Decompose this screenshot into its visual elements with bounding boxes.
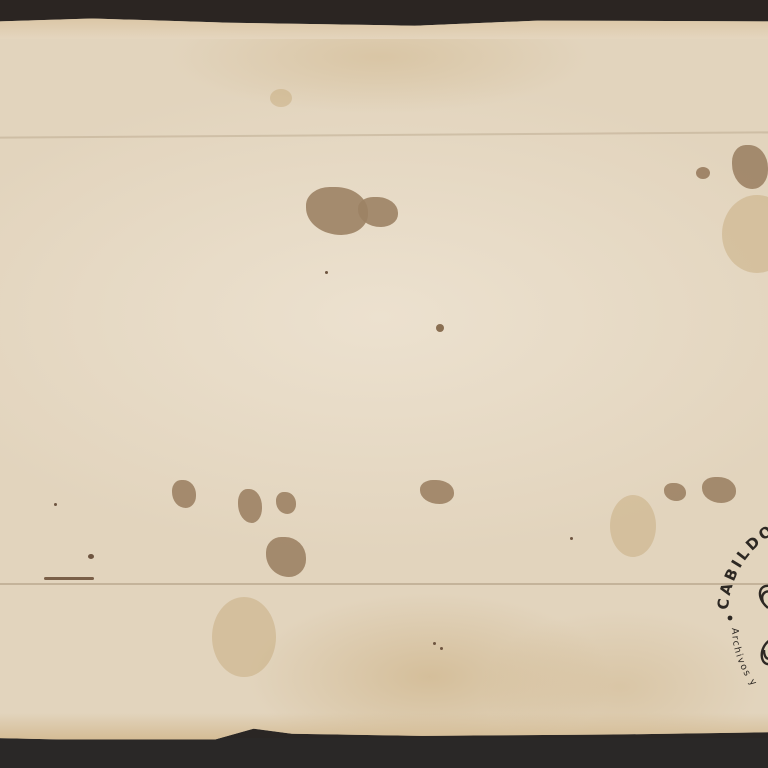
water-stain-top [270,89,292,107]
speck [436,324,444,332]
insect-damage-right-1 [664,483,686,501]
speck [88,554,94,559]
dark-backdrop-bottom [0,738,768,768]
insect-damage-right-edge [732,145,768,189]
dark-backdrop-top [0,0,768,20]
insect-damage-mid [420,480,454,504]
fold-crease-upper [0,131,768,138]
water-stain-right-edge [722,195,768,273]
water-stain-mid-right [610,495,656,557]
insect-damage-right-2 [702,477,736,503]
insect-damage-left-cluster-4 [276,492,296,514]
insect-damage-left-cluster-1 [172,480,196,508]
insect-damage-left-cluster-2 [238,489,262,523]
paper-top-edge-band [0,17,768,39]
aged-paper-sheet [0,17,768,741]
water-stain-bottom-left [212,597,276,677]
speck [54,503,57,506]
speck [433,642,436,645]
speck [325,271,328,274]
insect-damage-left-cluster-3 [266,537,306,577]
paper-bottom-edge-band [0,713,768,741]
fold-crease-lower [0,583,768,585]
speck [440,647,443,650]
speck [44,577,94,580]
speck [570,537,573,540]
speck [696,167,710,179]
